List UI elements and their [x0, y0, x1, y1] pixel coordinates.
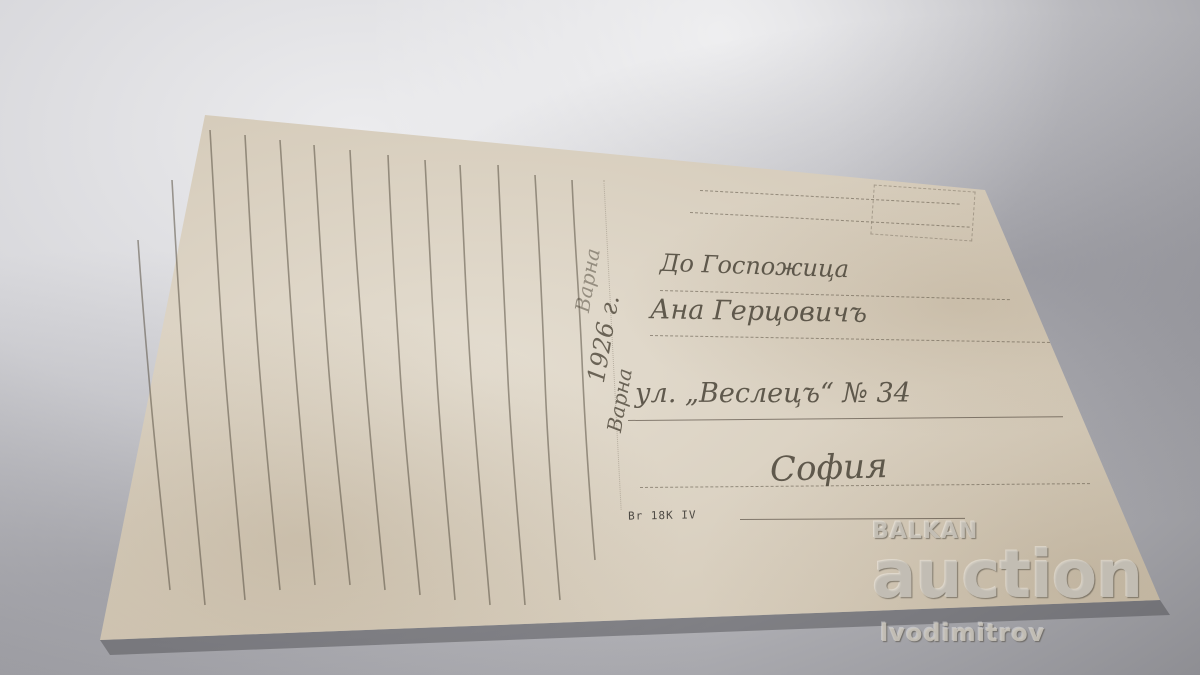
- auction-watermark: BALKAN auction: [872, 520, 1142, 606]
- postcard: До Госпожица Ана Герцовичъ ул. „Веслецъ“…: [0, 0, 1200, 675]
- watermark-brand-main: auction: [872, 544, 1142, 606]
- seller-watermark: lvodimitrov: [880, 618, 1045, 648]
- watermark-seller: lvodimitrov: [880, 618, 1045, 648]
